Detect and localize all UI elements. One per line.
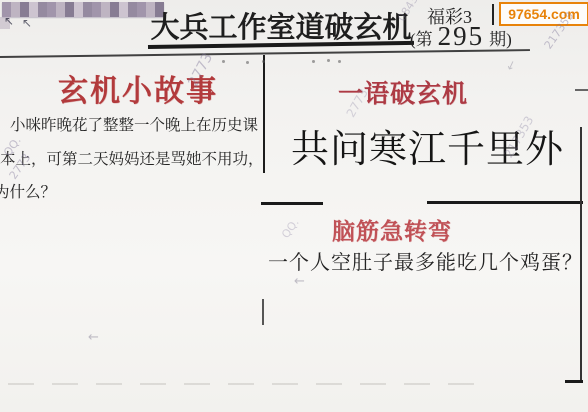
story-line: 小咪昨晚花了整整一个晚上在历史课 <box>10 113 258 135</box>
noise-dot <box>246 61 249 64</box>
stray-stroke <box>262 299 264 325</box>
scan-artifact-line <box>8 383 488 385</box>
noise-dot <box>262 60 265 63</box>
page-title: 大兵工作室道破玄机 <box>146 11 416 45</box>
issue-suffix: 期) <box>489 25 512 50</box>
noise-dot <box>338 60 341 63</box>
section-divider-right <box>427 201 583 204</box>
arrow-mark-icon: ← <box>88 330 99 345</box>
site-badge: 97654.com <box>499 2 588 26</box>
scan-page: { "header": { "title": "大兵工作室道破玄机", "lot… <box>0 0 588 412</box>
noise-dot <box>312 60 315 63</box>
arrow-mark-icon: ← <box>294 274 305 289</box>
teaser-section-title: 脑筋急转弯 <box>328 213 456 246</box>
bottom-right-corner <box>565 380 583 383</box>
story-line: 本上，可第二天妈妈还是骂她不用功， <box>0 147 264 169</box>
story-section-title: 玄机小故事 <box>55 66 221 110</box>
hint-phrase: 共问寒江千里外 <box>291 118 564 173</box>
noise-dot <box>222 60 225 63</box>
story-line: 为什么？ <box>0 180 56 202</box>
redaction-mosaic-fragment <box>0 17 10 29</box>
arrow-mark-icon: ↖ <box>22 16 32 30</box>
issue-prefix: (第 <box>410 25 433 50</box>
redaction-mosaic <box>2 2 164 17</box>
noise-dot <box>327 59 330 62</box>
section-divider-left <box>261 202 323 205</box>
hint-section-title: 一语破玄机 <box>336 74 470 110</box>
watermark-qq: QQ. <box>279 216 302 241</box>
teaser-question: 一个人空肚子最多能吃几个鸡蛋？ <box>268 246 583 275</box>
edge-tick <box>575 89 588 91</box>
arrow-mark-icon: ↙ <box>504 57 518 74</box>
issue-number: 295 <box>438 21 485 52</box>
